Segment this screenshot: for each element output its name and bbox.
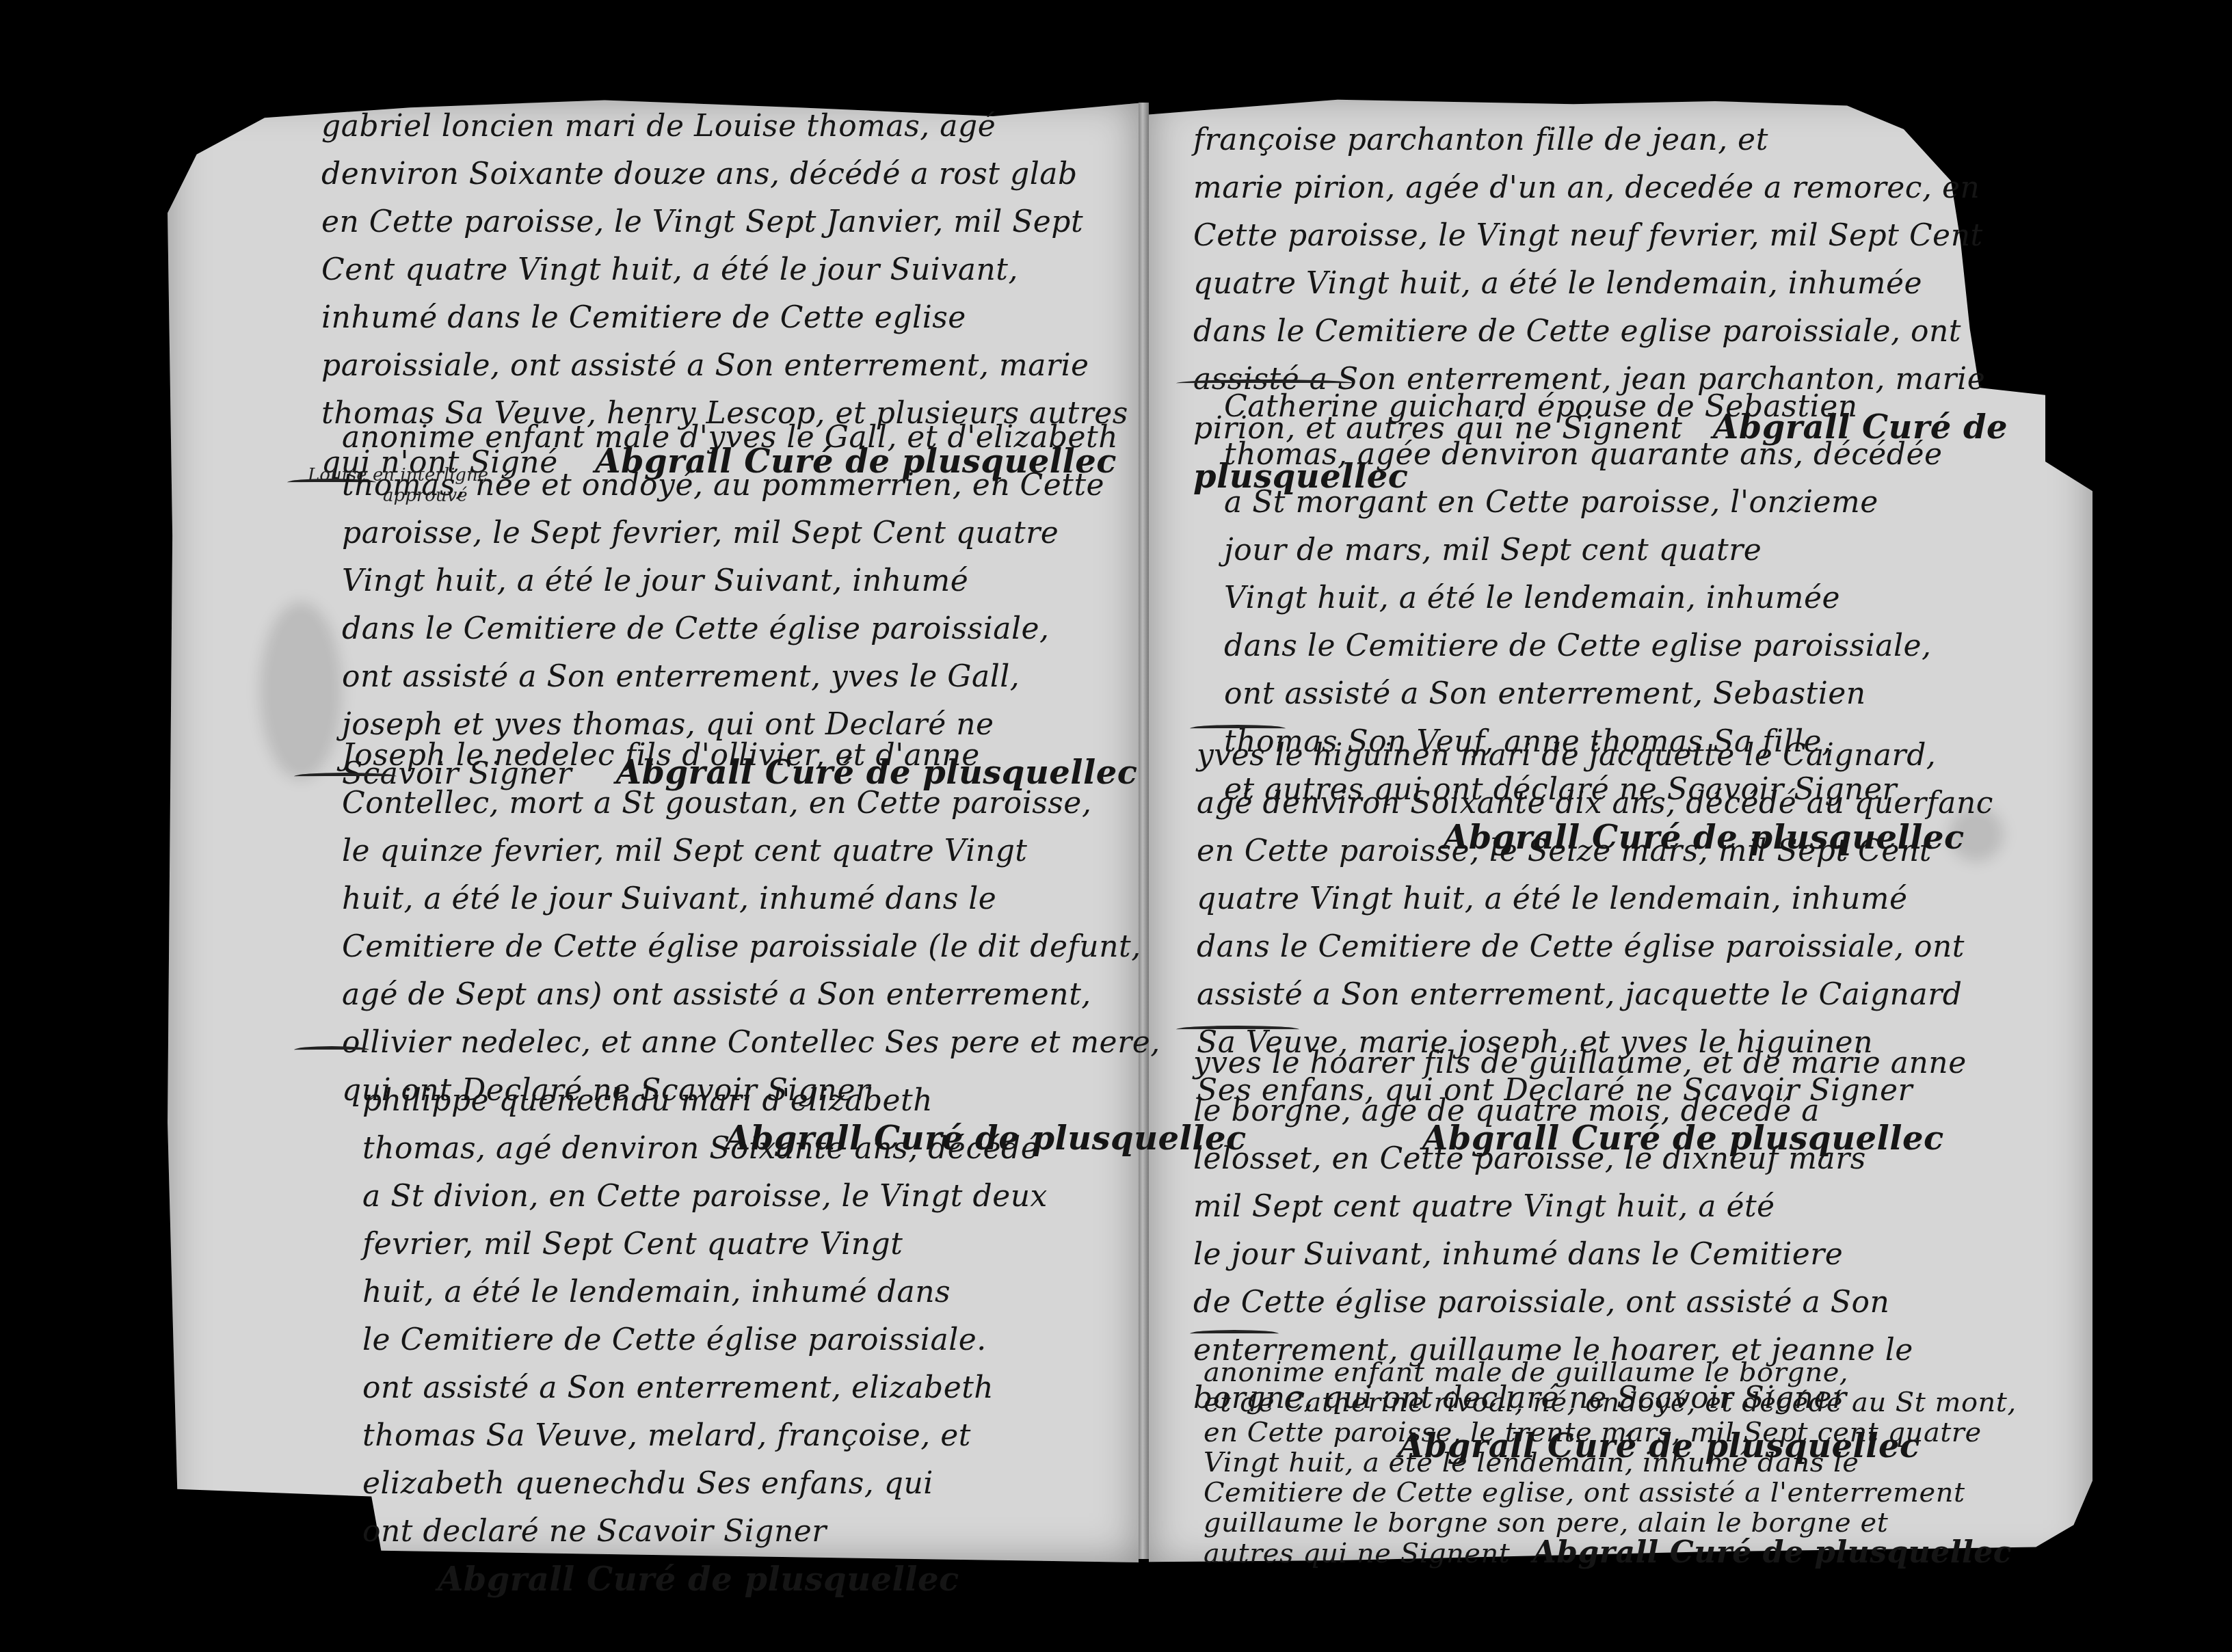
entry-line: a St divion, en Cette paroisse, le Vingt… — [362, 1173, 1048, 1221]
entry-line: lelosset, en Cette paroisse, le dixneuf … — [1193, 1135, 1967, 1183]
entry-line: quatre Vingt huit, a été le lendemain, i… — [1197, 875, 1993, 923]
entry-line: agé de Sept ans) ont assisté a Son enter… — [342, 971, 1247, 1019]
separator-flourish — [1190, 1330, 1279, 1337]
entry-line: yves le hoarer fils de guillaume, et de … — [1193, 1039, 1967, 1087]
entry-line: Vingt huit, a été le lendemain, inhumée — [1224, 574, 1965, 622]
entry-line: assisté a Son enterrement, jacquette le … — [1197, 971, 1993, 1019]
entry-line: en Cette paroisse, le Seize mars, mil Se… — [1197, 827, 1993, 875]
entry-line: thomas Sa Veuve, melard, françoise, et — [362, 1412, 1048, 1460]
entry-line: dans le Cemitiere de Cette eglise parois… — [1193, 308, 2232, 356]
entry-line: huit, a été le lendemain, inhumé dans — [362, 1268, 1048, 1316]
burial-entry-philippe-quenechdu: philippe quenechdu mari d'elizabeth thom… — [362, 1077, 1048, 1603]
entry-line: ollivier nedelec, et anne Contellec Ses … — [342, 1019, 1247, 1067]
entry-line: Cemitiere de Cette eglise, ont assisté a… — [1204, 1478, 2017, 1508]
entry-line: paroissiale, ont assisté a Son enterreme… — [321, 342, 1128, 390]
entry-line: dans le Cemitiere de Cette église parois… — [342, 605, 1138, 653]
entry-line: jour de mars, mil Sept cent quatre — [1224, 527, 1965, 574]
entry-line: et de Catherine rivoal, né, ondoyé, et d… — [1204, 1387, 2017, 1417]
entry-line: thomas, agée denviron quarante ans, décé… — [1224, 431, 1965, 479]
entry-line: ont declaré ne Scavoir Signer — [362, 1508, 1048, 1556]
entry-line: le quinze fevrier, mil Sept cent quatre … — [342, 827, 1247, 875]
entry-line: philippe quenechdu mari d'elizabeth — [362, 1077, 1048, 1125]
entry-line: Cette paroisse, le Vingt neuf fevrier, m… — [1193, 212, 2232, 260]
separator-flourish — [1176, 1026, 1299, 1033]
entry-line: anonime enfant male d'yves le Gall, et d… — [342, 414, 1138, 462]
entry-line: fevrier, mil Sept Cent quatre Vingt — [362, 1221, 1048, 1268]
entry-line: dans le Cemitiere de Cette eglise parois… — [1224, 622, 1965, 670]
entry-line: ont assisté a Son enterrement, yves le G… — [342, 653, 1138, 701]
entry-line: Vingt huit, a été le jour Suivant, inhum… — [342, 557, 1138, 605]
entry-line: Cent quatre Vingt huit, a été le jour Su… — [321, 246, 1128, 294]
burial-entry-anonime-le-borgne: anonime enfant male de guillaume le borg… — [1204, 1357, 2017, 1569]
entry-line: thomas, née et ondoyé, au pommerrien, en… — [342, 462, 1138, 509]
entry-line: le Cemitiere de Cette église paroissiale… — [362, 1316, 1048, 1364]
entry-line: denviron Soixante douze ans, décédé a ro… — [321, 150, 1128, 198]
entry-line: marie pirion, agée d'un an, decedée a re… — [1193, 164, 2232, 212]
priest-signature: Abgrall Curé de plusquellec — [438, 1556, 1048, 1603]
separator-flourish — [294, 1046, 369, 1054]
entry-line: guillaume le borgne son pere, alain le b… — [1204, 1508, 2017, 1538]
entry-line: elizabeth quenechdu Ses enfans, qui — [362, 1460, 1048, 1508]
entry-line: anonime enfant male de guillaume le borg… — [1204, 1357, 2017, 1387]
entry-line: thomas, agé denviron Soixante ans, décéd… — [362, 1125, 1048, 1173]
entry-line: mil Sept cent quatre Vingt huit, a été — [1193, 1183, 1967, 1231]
entry-line: yves le higuinen mari de jacquette le Ca… — [1197, 732, 1993, 780]
entry-line: gabriel loncien mari de Louise thomas, a… — [321, 103, 1128, 150]
entry-line: huit, a été le jour Suivant, inhumé dans… — [342, 875, 1247, 923]
entry-line: le jour Suivant, inhumé dans le Cemitier… — [1193, 1231, 1967, 1279]
entry-line: ont assisté a Son enterrement, Sebastien — [1224, 670, 1965, 718]
entry-line: le borgne, agé de quatre mois, décédé a — [1193, 1087, 1967, 1135]
entry-line: inhumé dans le Cemitiere de Cette eglise — [321, 294, 1128, 342]
entry-line: Cemitiere de Cette église paroissiale (l… — [342, 923, 1247, 971]
entry-line: a St morgant en Cette paroisse, l'onziem… — [1224, 479, 1965, 527]
entry-line: quatre Vingt huit, a été le lendemain, i… — [1193, 260, 2232, 308]
entry-line: agé denviron Soixante dix ans, décédé au… — [1197, 780, 1993, 827]
entry-line: en Cette paroisse, le trente mars, mil S… — [1204, 1417, 2017, 1448]
entry-line: Joseph le nedelec fils d'ollivier, et d'… — [342, 732, 1247, 780]
entry-line: dans le Cemitiere de Cette église parois… — [1197, 923, 1993, 971]
paper-stain — [260, 602, 342, 780]
entry-line: Contellec, mort a St goustan, en Cette p… — [342, 780, 1247, 827]
priest-signature: Abgrall Curé de plusquellec — [1533, 1535, 2012, 1570]
entry-line: paroisse, le Sept fevrier, mil Sept Cent… — [342, 509, 1138, 557]
entry-line: Vingt huit, a été le lendemain, inhumé d… — [1204, 1448, 2017, 1478]
entry-line: autres qui ne Signent — [1204, 1538, 1510, 1569]
entry-line: Catherine guichard épouse de Sebastien — [1224, 383, 1965, 431]
entry-line: ont assisté a Son enterrement, elizabeth — [362, 1364, 1048, 1412]
entry-line: françoise parchanton fille de jean, et — [1193, 116, 2232, 164]
entry-line: en Cette paroisse, le Vingt Sept Janvier… — [321, 198, 1128, 246]
entry-line: de Cette église paroissiale, ont assisté… — [1193, 1279, 1967, 1327]
